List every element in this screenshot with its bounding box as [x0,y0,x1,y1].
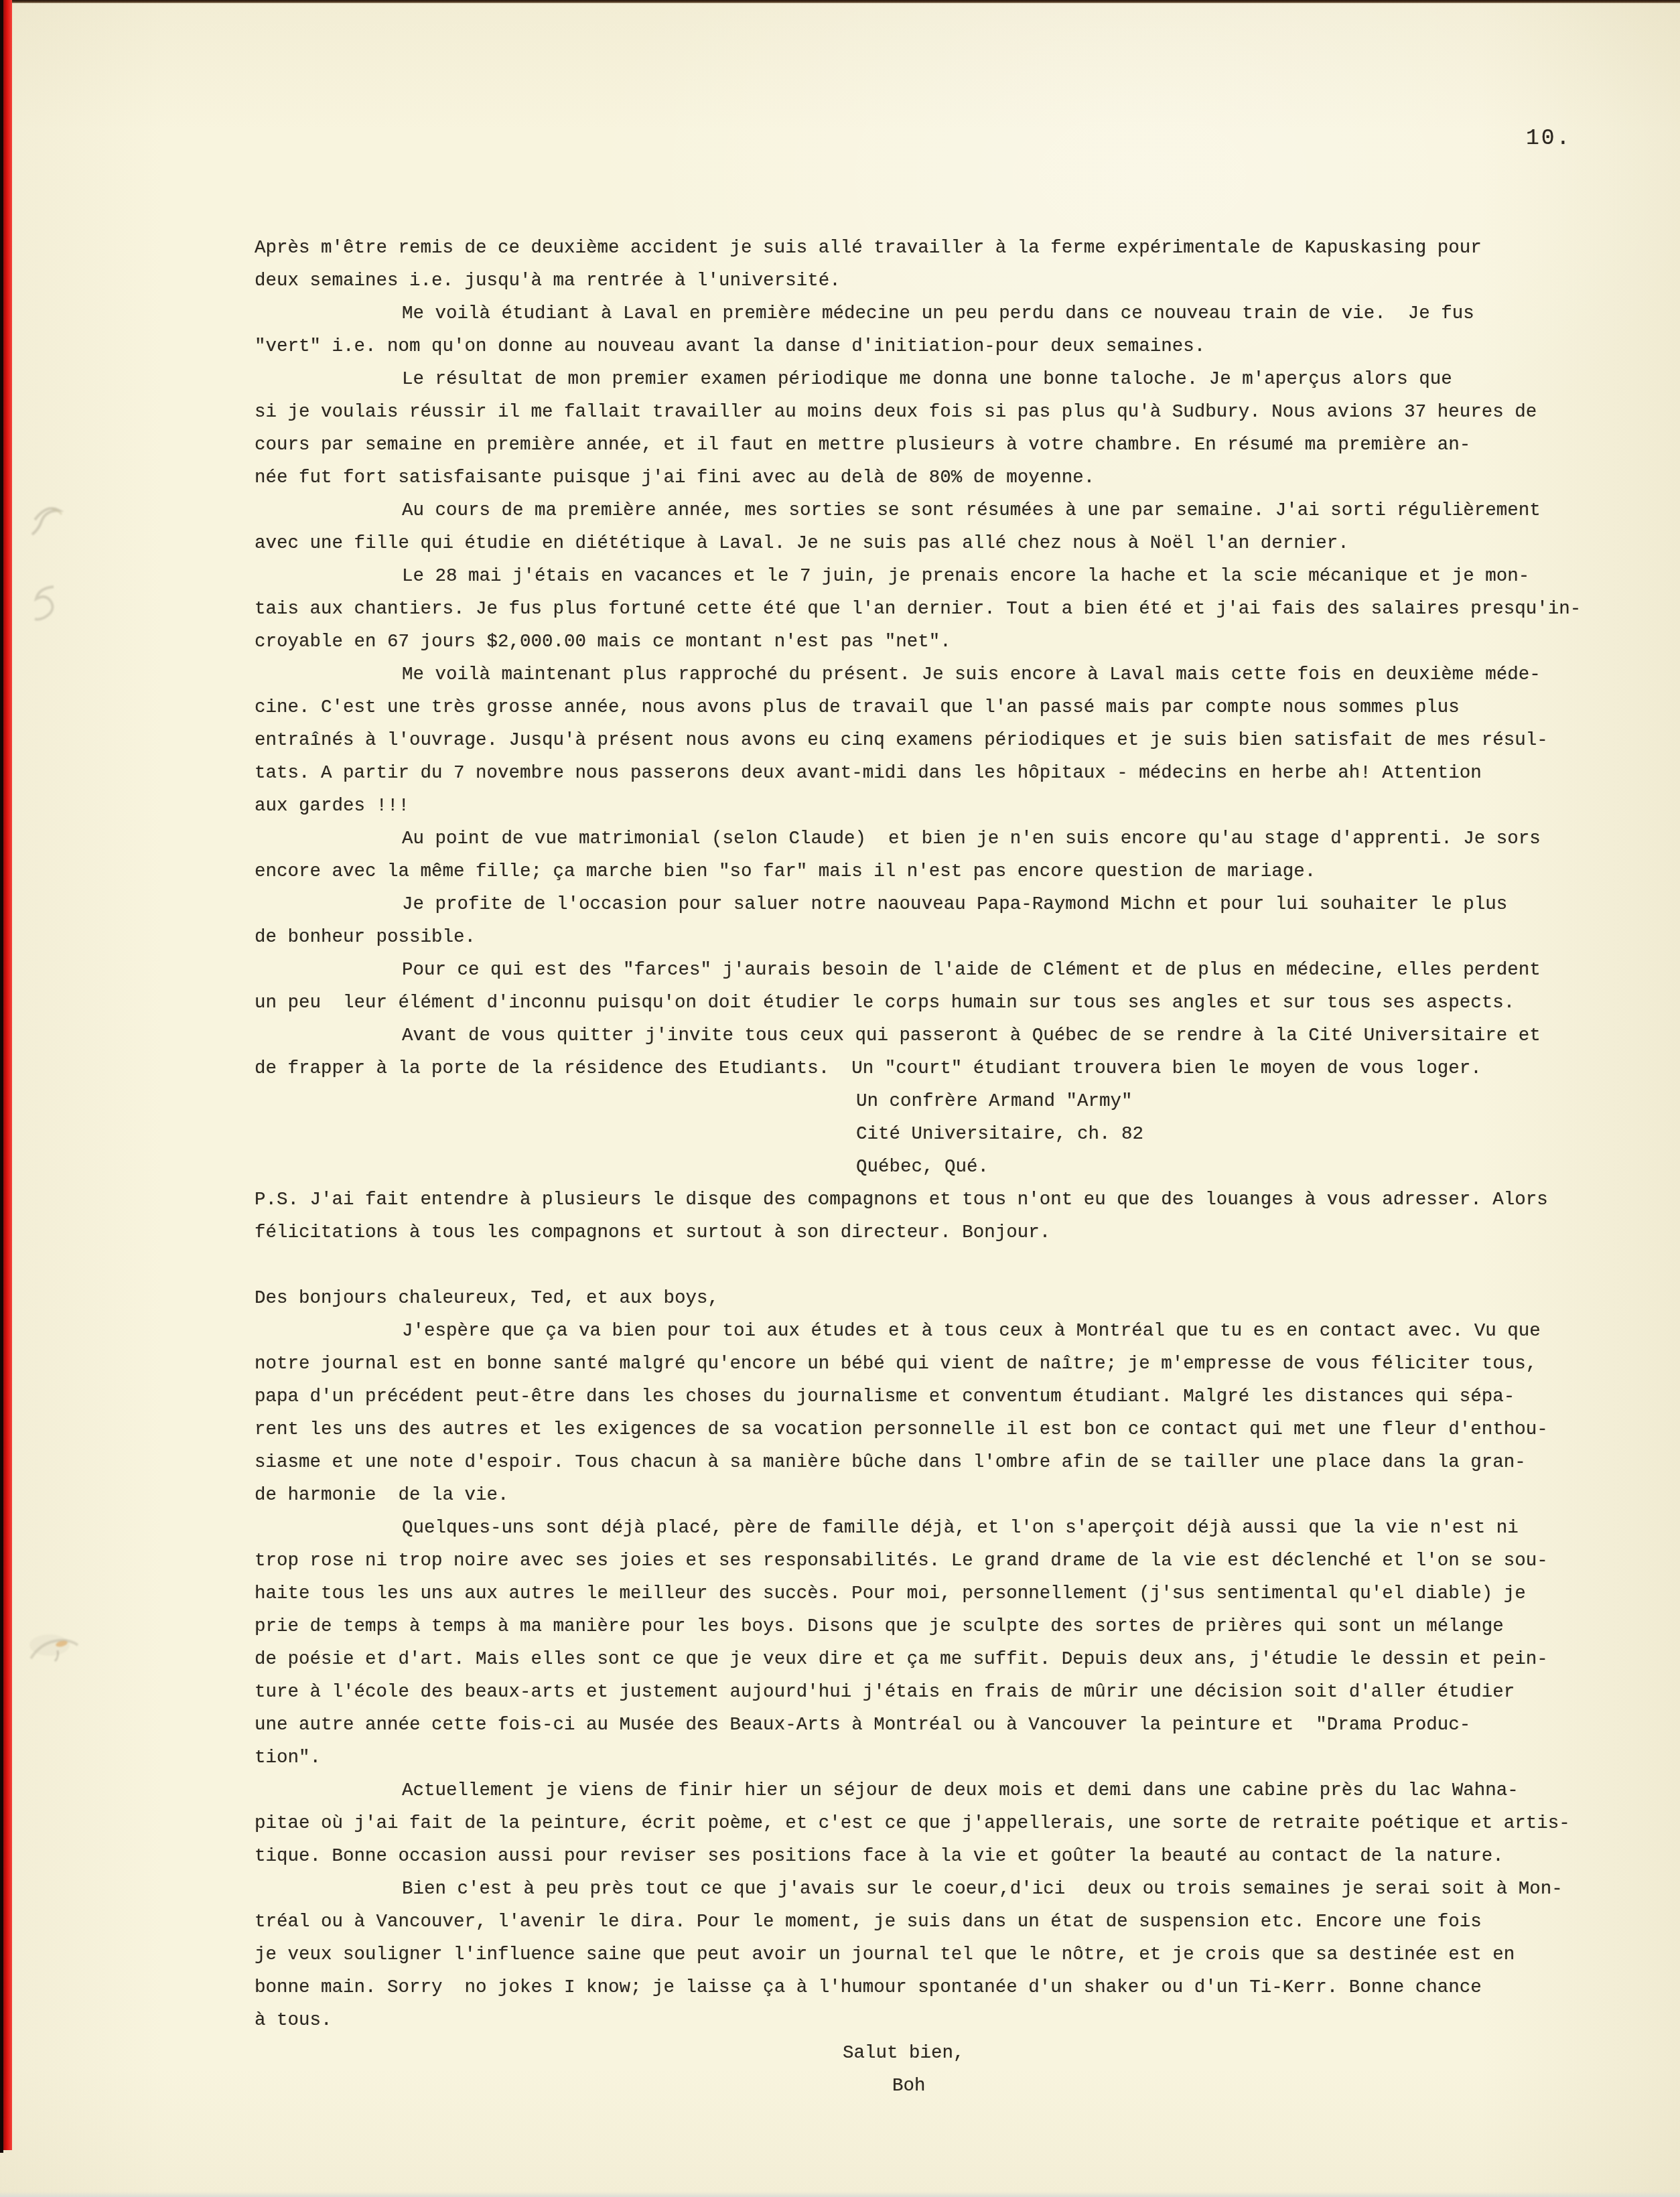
text-line: je veux souligner l'influence saine que … [255,1938,1573,1971]
text-line: haite tous les uns aux autres le meilleu… [255,1577,1573,1610]
text-line: trop rose ni trop noire avec ses joies e… [255,1545,1573,1577]
text-line: si je voulais réussir il me fallait trav… [255,396,1573,429]
paragraph: Me voilà étudiant à Laval en première mé… [255,297,1573,363]
text-line: pitae où j'ai fait de la peinture, écrit… [255,1807,1573,1840]
margin-smudge [24,580,71,634]
text-line: Boh [255,2070,1573,2103]
text-line: Salut bien, [255,2037,1573,2070]
margin-smudge [17,1616,98,1683]
text-line: Cité Universitaire, ch. 82 [255,1118,1573,1151]
text-line: une autre année cette fois-ci au Musée d… [255,1709,1573,1742]
text-line: deux semaines i.e. jusqu'à ma rentrée à … [255,265,1573,297]
text-line: rent les uns des autres et les exigences… [255,1413,1573,1446]
page-top-edge [0,0,1680,3]
paragraph: Au cours de ma première année, mes sorti… [255,494,1573,560]
text-line: Avant de vous quitter j'invite tous ceux… [255,1019,1573,1052]
text-line: Le résultat de mon premier examen périod… [255,363,1573,396]
document-page: 10. Après m'être remis de ce deuxième ac… [0,0,1680,2197]
paragraph: Quelques-uns sont déjà placé, père de fa… [255,1512,1573,1774]
text-line: cine. C'est une très grosse année, nous … [255,691,1573,724]
paragraph: Bien c'est à peu près tout ce que j'avai… [255,1873,1573,2037]
text-line: entraînés à l'ouvrage. Jusqu'à présent n… [255,724,1573,757]
text-line: tion". [255,1742,1573,1774]
text-line: siasme et une note d'espoir. Tous chacun… [255,1446,1573,1479]
paragraph: Au point de vue matrimonial (selon Claud… [255,823,1573,888]
paragraph: J'espère que ça va bien pour toi aux étu… [255,1315,1573,1512]
text-line: de poésie et d'art. Mais elles sont ce q… [255,1643,1573,1676]
text-line: tréal ou à Vancouver, l'avenir le dira. … [255,1906,1573,1938]
text-line: Me voilà maintenant plus rapproché du pr… [255,658,1573,691]
text-line: née fut fort satisfaisante puisque j'ai … [255,462,1573,494]
text-line: de bonheur possible. [255,921,1573,954]
text-line: Bien c'est à peu près tout ce que j'avai… [255,1873,1573,1906]
text-line: Quelques-uns sont déjà placé, père de fa… [255,1512,1573,1545]
text-line: Au point de vue matrimonial (selon Claud… [255,823,1573,855]
text-line: "vert" i.e. nom qu'on donne au nouveau a… [255,330,1573,363]
text-line: un peu leur élément d'inconnu puisqu'on … [255,987,1573,1019]
paragraph: Je profite de l'occasion pour saluer not… [255,888,1573,954]
text-line: notre journal est en bonne santé malgré … [255,1348,1573,1380]
text-line: avec une fille qui étudie en diététique … [255,527,1573,560]
paragraph: Après m'être remis de ce deuxième accide… [255,232,1573,297]
text-line: Pour ce qui est des "farces" j'aurais be… [255,954,1573,987]
margin-smudge [25,494,72,548]
paragraph: Le 28 mai j'étais en vacances et le 7 ju… [255,560,1573,658]
text-line: J'espère que ça va bien pour toi aux étu… [255,1315,1573,1348]
text-line: Un confrère Armand "Army" [255,1085,1573,1118]
text-line: cours par semaine en première année, et … [255,429,1573,462]
text-line: Au cours de ma première année, mes sorti… [255,494,1573,527]
paragraph: Des bonjours chaleureux, Ted, et aux boy… [255,1282,1573,1315]
paragraph: Me voilà maintenant plus rapproché du pr… [255,658,1573,823]
text-line: de harmonie de la vie. [255,1479,1573,1512]
page-left-red-stripe [3,0,12,2150]
page-bottom-edge [0,2192,1680,2197]
text-line: Québec, Qué. [255,1151,1573,1184]
text-line: félicitations à tous les compagnons et s… [255,1216,1573,1249]
text-line: Je profite de l'occasion pour saluer not… [255,888,1573,921]
text-line: bonne main. Sorry no jokes I know; je la… [255,1971,1573,2004]
letter-body: Après m'être remis de ce deuxième accide… [255,232,1573,2103]
paragraph: P.S. J'ai fait entendre à plusieurs le d… [255,1184,1573,1249]
paragraph: Actuellement je viens de finir hier un s… [255,1774,1573,1873]
text-line: de frapper à la porte de la résidence de… [255,1052,1573,1085]
text-line: encore avec la même fille; ça marche bie… [255,855,1573,888]
text-line: tats. A partir du 7 novembre nous passer… [255,757,1573,790]
text-line: Actuellement je viens de finir hier un s… [255,1774,1573,1807]
text-line: prie de temps à temps à ma manière pour … [255,1610,1573,1643]
text-line: à tous. [255,2004,1573,2037]
text-line: Des bonjours chaleureux, Ted, et aux boy… [255,1282,1573,1315]
text-line: Me voilà étudiant à Laval en première mé… [255,297,1573,330]
text-line: aux gardes !!! [255,790,1573,823]
text-line: P.S. J'ai fait entendre à plusieurs le d… [255,1184,1573,1216]
text-line: croyable en 67 jours $2,000.00 mais ce m… [255,626,1573,658]
text-line: papa d'un précédent peut-être dans les c… [255,1380,1573,1413]
text-line: Le 28 mai j'étais en vacances et le 7 ju… [255,560,1573,593]
page-number: 10. [1526,126,1571,151]
text-line: tique. Bonne occasion aussi pour reviser… [255,1840,1573,1873]
signature-block: Un confrère Armand "Army"Cité Universita… [255,1085,1573,1184]
closing-block: Salut bien,Boh [255,2037,1573,2103]
text-line: ture à l'école des beaux-arts et justeme… [255,1676,1573,1709]
text-line: tais aux chantiers. Je fus plus fortuné … [255,593,1573,626]
paragraph: Le résultat de mon premier examen périod… [255,363,1573,494]
paragraph: Pour ce qui est des "farces" j'aurais be… [255,954,1573,1019]
paragraph: Avant de vous quitter j'invite tous ceux… [255,1019,1573,1085]
text-line: Après m'être remis de ce deuxième accide… [255,232,1573,265]
